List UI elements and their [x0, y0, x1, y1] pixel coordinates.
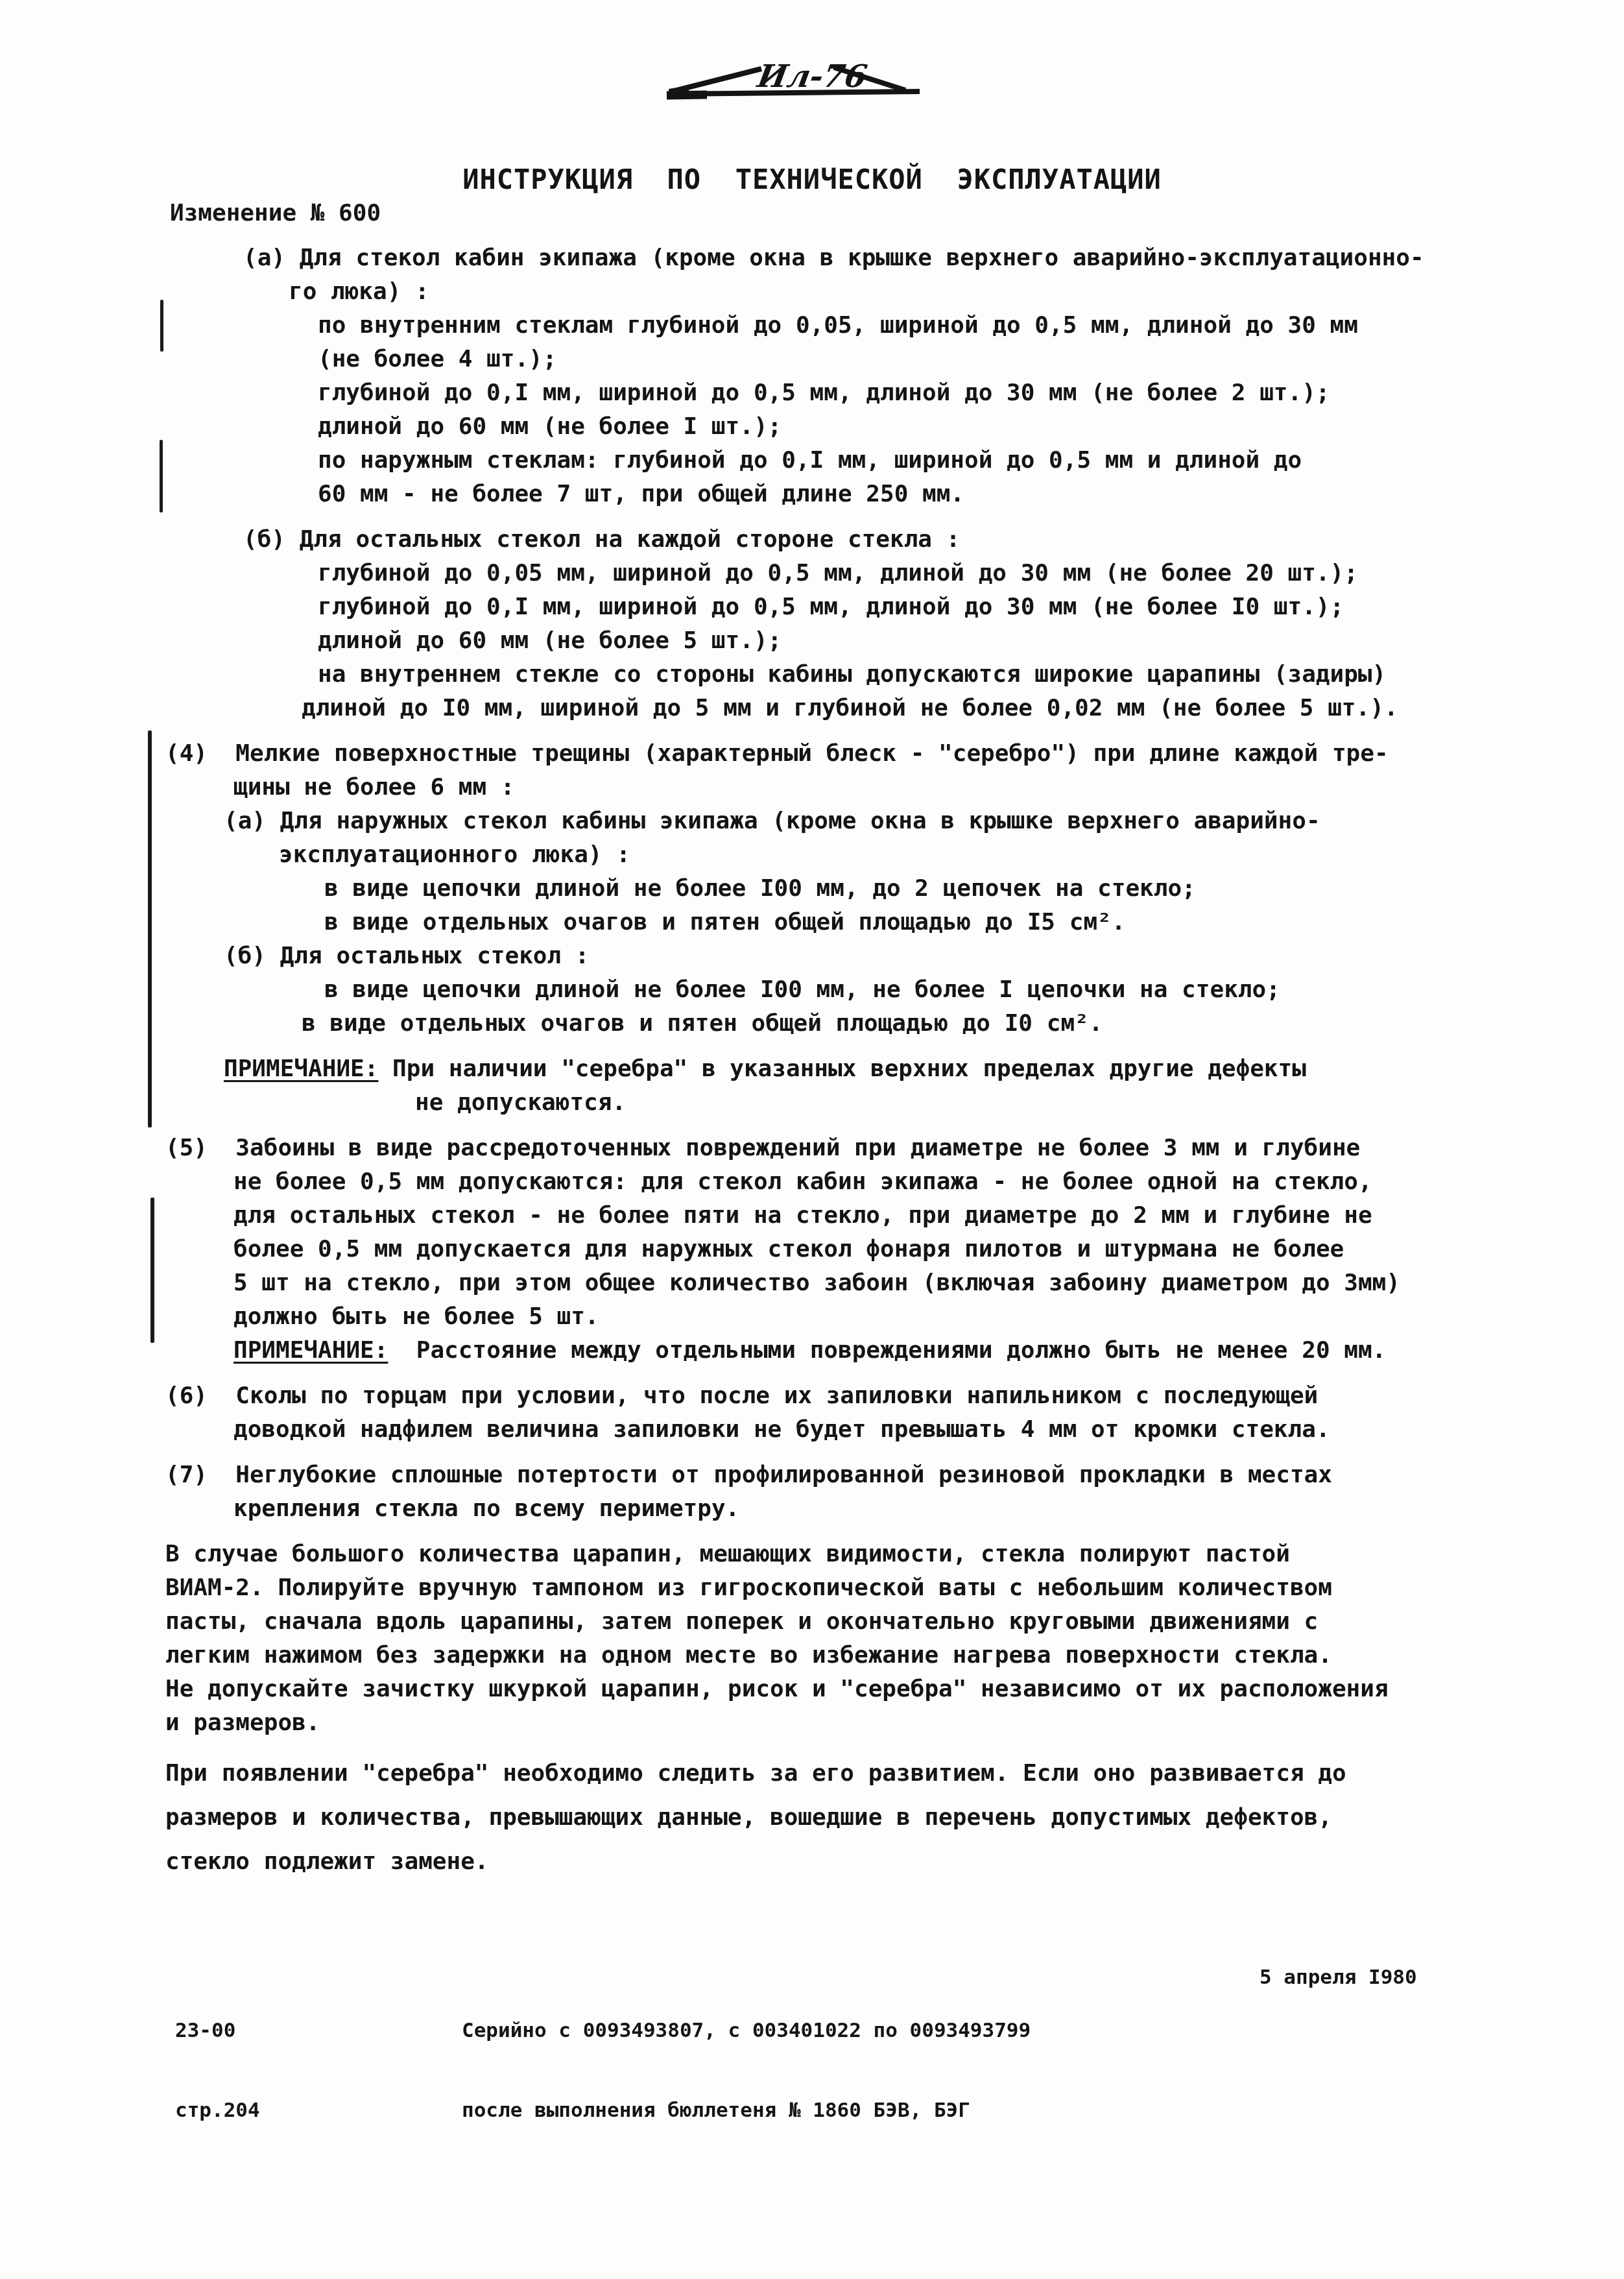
- body-line: В случае большого количества царапин, ме…: [0, 1537, 1624, 1571]
- note-text: Расстояние между отдельными повреждениям…: [388, 1337, 1386, 1364]
- logo-text: Ил-76: [754, 58, 870, 95]
- body-line: стекло подлежит замене.: [0, 1840, 1624, 1884]
- body-line: глубиной до 0,05 мм, шириной до 0,5 мм, …: [0, 557, 1624, 590]
- body-line: крепления стекла по всему периметру.: [0, 1492, 1624, 1526]
- body-line: длиной до I0 мм, шириной до 5 мм и глуби…: [0, 692, 1624, 725]
- body-line: размеров и количества, превышающих данны…: [0, 1796, 1624, 1840]
- page-number: стр.204: [175, 2097, 260, 2124]
- body-line: глубиной до 0,I мм, шириной до 0,5 мм, д…: [0, 590, 1624, 624]
- body-line: длиной до 60 мм (не более I шт.);: [0, 410, 1624, 444]
- note-label: ПРИМЕЧАНИЕ:: [224, 1055, 378, 1082]
- document-body: (а) Для стекол кабин экипажа (кроме окна…: [0, 241, 1624, 1884]
- body-line: ВИАМ-2. Полируйте вручную тампоном из ги…: [0, 1571, 1624, 1605]
- body-line: в виде отдельных очагов и пятен общей пл…: [0, 1007, 1624, 1041]
- body-line: по наружным стеклам: глубиной до 0,I мм,…: [0, 444, 1624, 477]
- document-page: Ил-76 ИНСТРУКЦИЯ ПО ТЕХНИЧЕСКОЙ ЭКСПЛУАТ…: [0, 0, 1624, 2279]
- body-line: (а) Для стекол кабин экипажа (кроме окна…: [0, 241, 1624, 275]
- body-line: более 0,5 мм допускается для наружных ст…: [0, 1233, 1624, 1266]
- footer-serial-block: Серийно с 0093493807, с 003401022 по 009…: [462, 1964, 1031, 2177]
- body-line: не более 0,5 мм допускаются: для стекол …: [0, 1165, 1624, 1199]
- body-line: должно быть не более 5 шт.: [0, 1300, 1624, 1334]
- note-line: ПРИМЕЧАНИЕ: При наличии "серебра" в указ…: [0, 1052, 1624, 1086]
- il76-logo-icon: Ил-76: [660, 51, 933, 105]
- body-line: в виде цепочки длиной не более I00 мм, н…: [0, 973, 1624, 1007]
- note-text: При наличии "серебра" в указанных верхни…: [378, 1055, 1306, 1082]
- body-line: доводкой надфилем величина запиловки не …: [0, 1413, 1624, 1447]
- body-line: го люка) :: [0, 275, 1624, 309]
- body-line: щины не более 6 мм :: [0, 771, 1624, 804]
- body-line: в виде цепочки длиной не более I00 мм, д…: [0, 872, 1624, 906]
- body-line: эксплуатационного люка) :: [0, 838, 1624, 872]
- body-line: глубиной до 0,I мм, шириной до 0,5 мм, д…: [0, 376, 1624, 410]
- body-line: 5 шт на стекло, при этом общее количеств…: [0, 1266, 1624, 1300]
- bulletin-line: после выполнения бюллетеня № 1860 БЭВ, Б…: [462, 2097, 1031, 2124]
- body-line: и размеров.: [0, 1706, 1624, 1740]
- body-line: (7) Неглубокие сплошные потертости от пр…: [0, 1458, 1624, 1492]
- footer-doc-code: 23-00 стр.204: [175, 1964, 260, 2177]
- body-line: длиной до 60 мм (не более 5 шт.);: [0, 624, 1624, 658]
- body-line: (б) Для остальных стекол :: [0, 939, 1624, 973]
- page-title: ИНСТРУКЦИЯ ПО ТЕХНИЧЕСКОЙ ЭКСПЛУАТАЦИИ: [0, 163, 1624, 195]
- body-line: для остальных стекол - не более пяти на …: [0, 1199, 1624, 1233]
- serial-line: Серийно с 0093493807, с 003401022 по 009…: [462, 2018, 1031, 2044]
- body-line: (4) Мелкие поверхностные трещины (характ…: [0, 737, 1624, 771]
- body-line: пасты, сначала вдоль царапины, затем поп…: [0, 1605, 1624, 1639]
- body-line: При появлении "серебра" необходимо следи…: [0, 1752, 1624, 1796]
- doc-code: 23-00: [175, 2018, 260, 2044]
- body-line: (а) Для наружных стекол кабины экипажа (…: [0, 804, 1624, 838]
- body-line: в виде отдельных очагов и пятен общей пл…: [0, 906, 1624, 939]
- footer-date: 5 апреля I980: [1260, 1964, 1417, 1991]
- note-label: ПРИМЕЧАНИЕ:: [233, 1337, 388, 1364]
- note-line: ПРИМЕЧАНИЕ: Расстояние между отдельными …: [0, 1334, 1624, 1368]
- body-line: легким нажимом без задержки на одном мес…: [0, 1639, 1624, 1672]
- body-line: по внутренним стеклам глубиной до 0,05, …: [0, 309, 1624, 343]
- body-line: на внутреннем стекле со стороны кабины д…: [0, 658, 1624, 692]
- body-line: 60 мм - не более 7 шт, при общей длине 2…: [0, 477, 1624, 511]
- body-line: (не более 4 шт.);: [0, 343, 1624, 376]
- body-line: (6) Сколы по торцам при условии, что пос…: [0, 1379, 1624, 1413]
- note-line: не допускаются.: [0, 1086, 1624, 1120]
- body-line: (б) Для остальных стекол на каждой сторо…: [0, 523, 1624, 557]
- body-line: Не допускайте зачистку шкуркой царапин, …: [0, 1672, 1624, 1706]
- body-line: (5) Забоины в виде рассредоточенных повр…: [0, 1131, 1624, 1165]
- change-number: Изменение № 600: [170, 200, 381, 226]
